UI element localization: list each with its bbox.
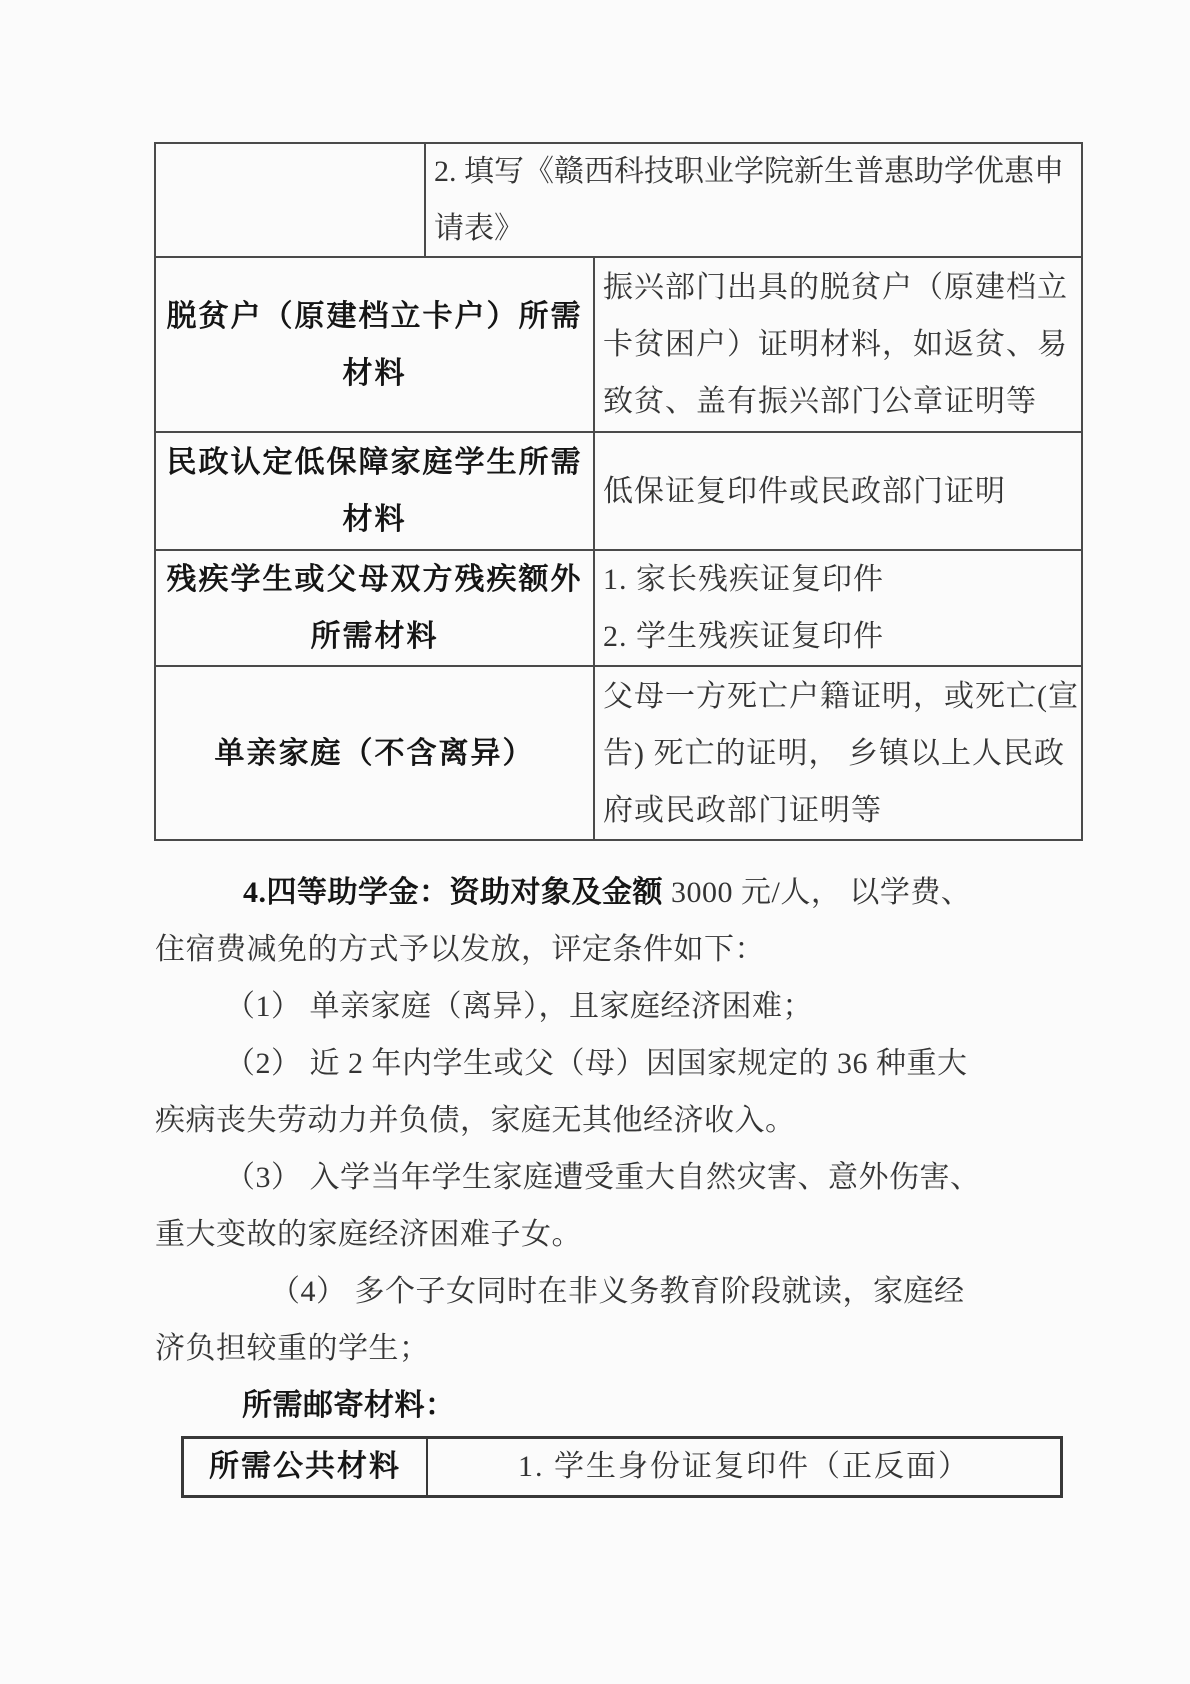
document-page: 2. 填写《赣西科技职业学院新生普惠助学优惠申 请表》 脱贫户（原建档立卡户）所… <box>0 0 1190 1684</box>
condition-item-3: （3） 入学当年学生家庭遭受重大自然灾害、意外伤害、 重大变故的家庭经济困难子女… <box>155 1149 1085 1263</box>
row-header-cell-disability: 残疾学生或父母双方残疾额外 所需材料 <box>156 551 593 665</box>
para-grade4-subsidy: 4.四等助学金：资助对象及金额 3000 元/人， 以学费、 住宿费减免的方式予… <box>155 864 1085 978</box>
table-row-low-income-family: 民政认定低保障家庭学生所需 材料 低保证复印件或民政部门证明 <box>156 431 1081 549</box>
table-row-disability: 残疾学生或父母双方残疾额外 所需材料 1. 家长残疾证复印件 2. 学生残疾证复… <box>156 549 1081 665</box>
para-grade4-subsidy-lead: 4.四等助学金：资助对象及金额 <box>243 876 663 909</box>
body-text-block: 4.四等助学金：资助对象及金额 3000 元/人， 以学费、 住宿费减免的方式予… <box>155 864 1085 1434</box>
table-row-application-form: 2. 填写《赣西科技职业学院新生普惠助学优惠申 请表》 <box>156 144 1081 256</box>
row-content-cell-single-parent: 父母一方死亡户籍证明，或死亡(宣 告) 死亡的证明， 乡镇以上人民政 府或民政部… <box>593 667 1081 839</box>
public-materials-content-cell: 1. 学生身份证复印件（正反面） <box>426 1439 1060 1495</box>
public-materials-table: 所需公共材料 1. 学生身份证复印件（正反面） <box>181 1436 1063 1498</box>
row-header-cell-empty <box>156 144 424 256</box>
mail-materials-heading: 所需邮寄材料： <box>155 1377 1085 1434</box>
table-row-poverty-household: 脱贫户（原建档立卡户）所需 材料 振兴部门出具的脱贫户（原建档立 卡贫困户）证明… <box>156 256 1081 431</box>
condition-item-2: （2） 近 2 年内学生或父（母）因国家规定的 36 种重大 疾病丧失劳动力并负… <box>155 1035 1085 1149</box>
condition-item-1: （1） 单亲家庭（离异），且家庭经济困难； <box>155 978 1085 1035</box>
row-header-cell-single-parent: 单亲家庭（不含离异） <box>156 667 593 839</box>
row-content-cell-application-form: 2. 填写《赣西科技职业学院新生普惠助学优惠申 请表》 <box>424 144 1081 256</box>
row-content-cell-low-income-family: 低保证复印件或民政部门证明 <box>593 433 1081 549</box>
row-content-cell-disability: 1. 家长残疾证复印件 2. 学生残疾证复印件 <box>593 551 1081 665</box>
public-materials-header-cell: 所需公共材料 <box>184 1439 426 1495</box>
row-header-cell-low-income-family: 民政认定低保障家庭学生所需 材料 <box>156 433 593 549</box>
row-content-cell-poverty-household: 振兴部门出具的脱贫户（原建档立 卡贫困户）证明材料，如返贫、易 致贫、盖有振兴部… <box>593 258 1081 431</box>
aid-materials-table: 2. 填写《赣西科技职业学院新生普惠助学优惠申 请表》 脱贫户（原建档立卡户）所… <box>154 142 1083 841</box>
table-row-single-parent: 单亲家庭（不含离异） 父母一方死亡户籍证明，或死亡(宣 告) 死亡的证明， 乡镇… <box>156 665 1081 839</box>
condition-item-4: （4） 多个子女同时在非义务教育阶段就读，家庭经 济负担较重的学生； <box>155 1263 1085 1377</box>
row-header-cell-poverty-household: 脱贫户（原建档立卡户）所需 材料 <box>156 258 593 431</box>
